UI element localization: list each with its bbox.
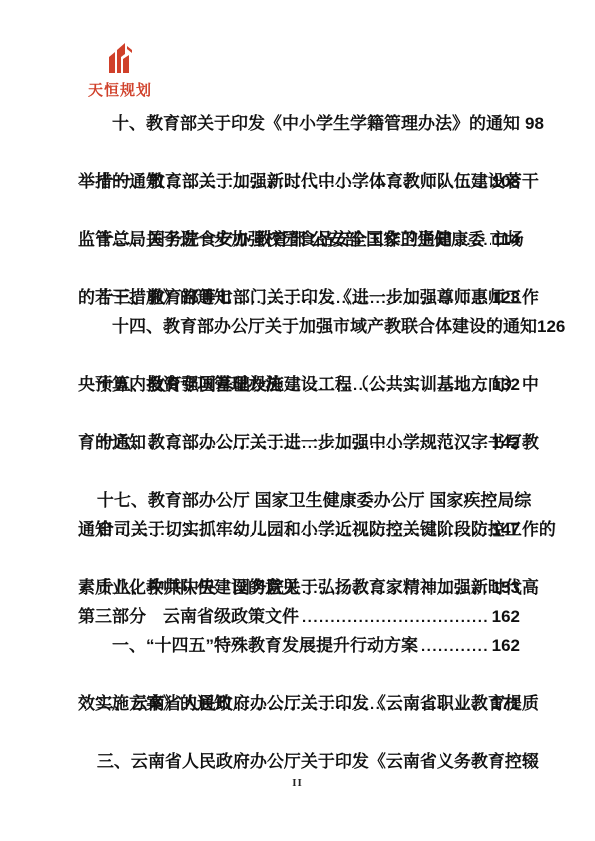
toc-line-text: 举措的通知 [78,167,163,196]
toc-line: 十、教育部关于印发《中小学生学籍管理办法》的通知 98 [78,109,520,138]
toc-line: 举措的通知 108 [78,167,520,196]
toc-line-text: 通知 [78,515,112,544]
toc-dot-leader [302,602,490,632]
toc-dot-leader [421,631,490,661]
toc-page-number: 132 [492,370,520,399]
toc-dot-leader [234,689,490,719]
toc-line: 效实施方案》的通知 171 [78,689,520,718]
toc-line-text: 的若干措施》的通知 [78,283,231,312]
toc-line: 十一、教育部关于加强新时代中小学体育教师队伍建设若干 [78,138,520,167]
toc-line-text: 十七、教育部办公厅 国家卫生健康委办公厅 国家疾控局综 [97,491,531,510]
toc-page-number: 147 [492,515,520,544]
toc-page-number: 123 [492,283,520,312]
toc-line: 十四、教育部办公厅关于加强市域产教联合体建设的通知 126 [78,312,520,341]
toc-line: 育的通知 142 [78,428,520,457]
toc-page-number: 153 [492,573,520,602]
toc-line-text: 第三部分 云南省级政策文件 [78,602,299,631]
toc-list: 十、教育部关于印发《中小学生学籍管理办法》的通知 98 十一、教育部关于加强新时… [78,109,520,747]
toc-line-text: 效实施方案》的通知 [78,689,231,718]
toc-dot-leader [302,573,490,603]
company-logo: 天恒规划 [86,40,154,100]
toc-page-number: 142 [492,428,520,457]
toc-line: 央预算内投资专项管理办法 132 [78,370,520,399]
toc-line-text: 一、“十四五”特殊教育发展提升行动方案 [112,631,418,660]
toc-dot-leader [234,283,490,313]
toc-dot-leader [115,515,490,545]
toc-line: 的若干措施》的通知 123 [78,283,520,312]
toc-dot-leader [285,370,490,400]
toc-line-text: 十、教育部关于印发《中小学生学籍管理办法》的通知 [112,109,520,138]
company-logo-icon [99,40,141,78]
toc-page-number: 171 [492,689,520,718]
toc-line-text: 三、云南省人民政府办公厅关于印发《云南省义务教育控辍 [97,752,539,771]
toc-page-number: 114 [493,225,520,254]
toc-dot-leader [166,167,490,197]
toc-page-number: 98 [525,109,544,138]
toc-page-number: 162 [492,602,520,631]
page-number-footer: II [0,777,595,789]
document-page: 天恒规划 十、教育部关于印发《中小学生学籍管理办法》的通知 98 十一、教育部关… [0,0,595,841]
toc-line-text: 十四、教育部办公厅关于加强市域产教联合体建设的通知 [112,312,537,341]
toc-line-text: 育的通知 [78,428,146,457]
toc-page-number: 126 [537,312,565,341]
toc-page-number: 162 [492,631,520,660]
toc-page-number: 108 [492,167,520,196]
toc-line-text: 素质业化教师队伍建设的意见 [78,573,299,602]
toc-line: 通知 147 [78,515,520,544]
toc-dot-leader [455,225,491,255]
toc-dot-leader [149,428,490,458]
company-logo-text: 天恒规划 [86,79,154,100]
toc-line-text: 监管总局关于进一步加强校园食品安全工作的通知 [78,225,452,254]
toc-line-text: 央预算内投资专项管理办法 [78,370,282,399]
toc-line: 一、“十四五”特殊教育发展提升行动方案 162 [78,631,520,660]
